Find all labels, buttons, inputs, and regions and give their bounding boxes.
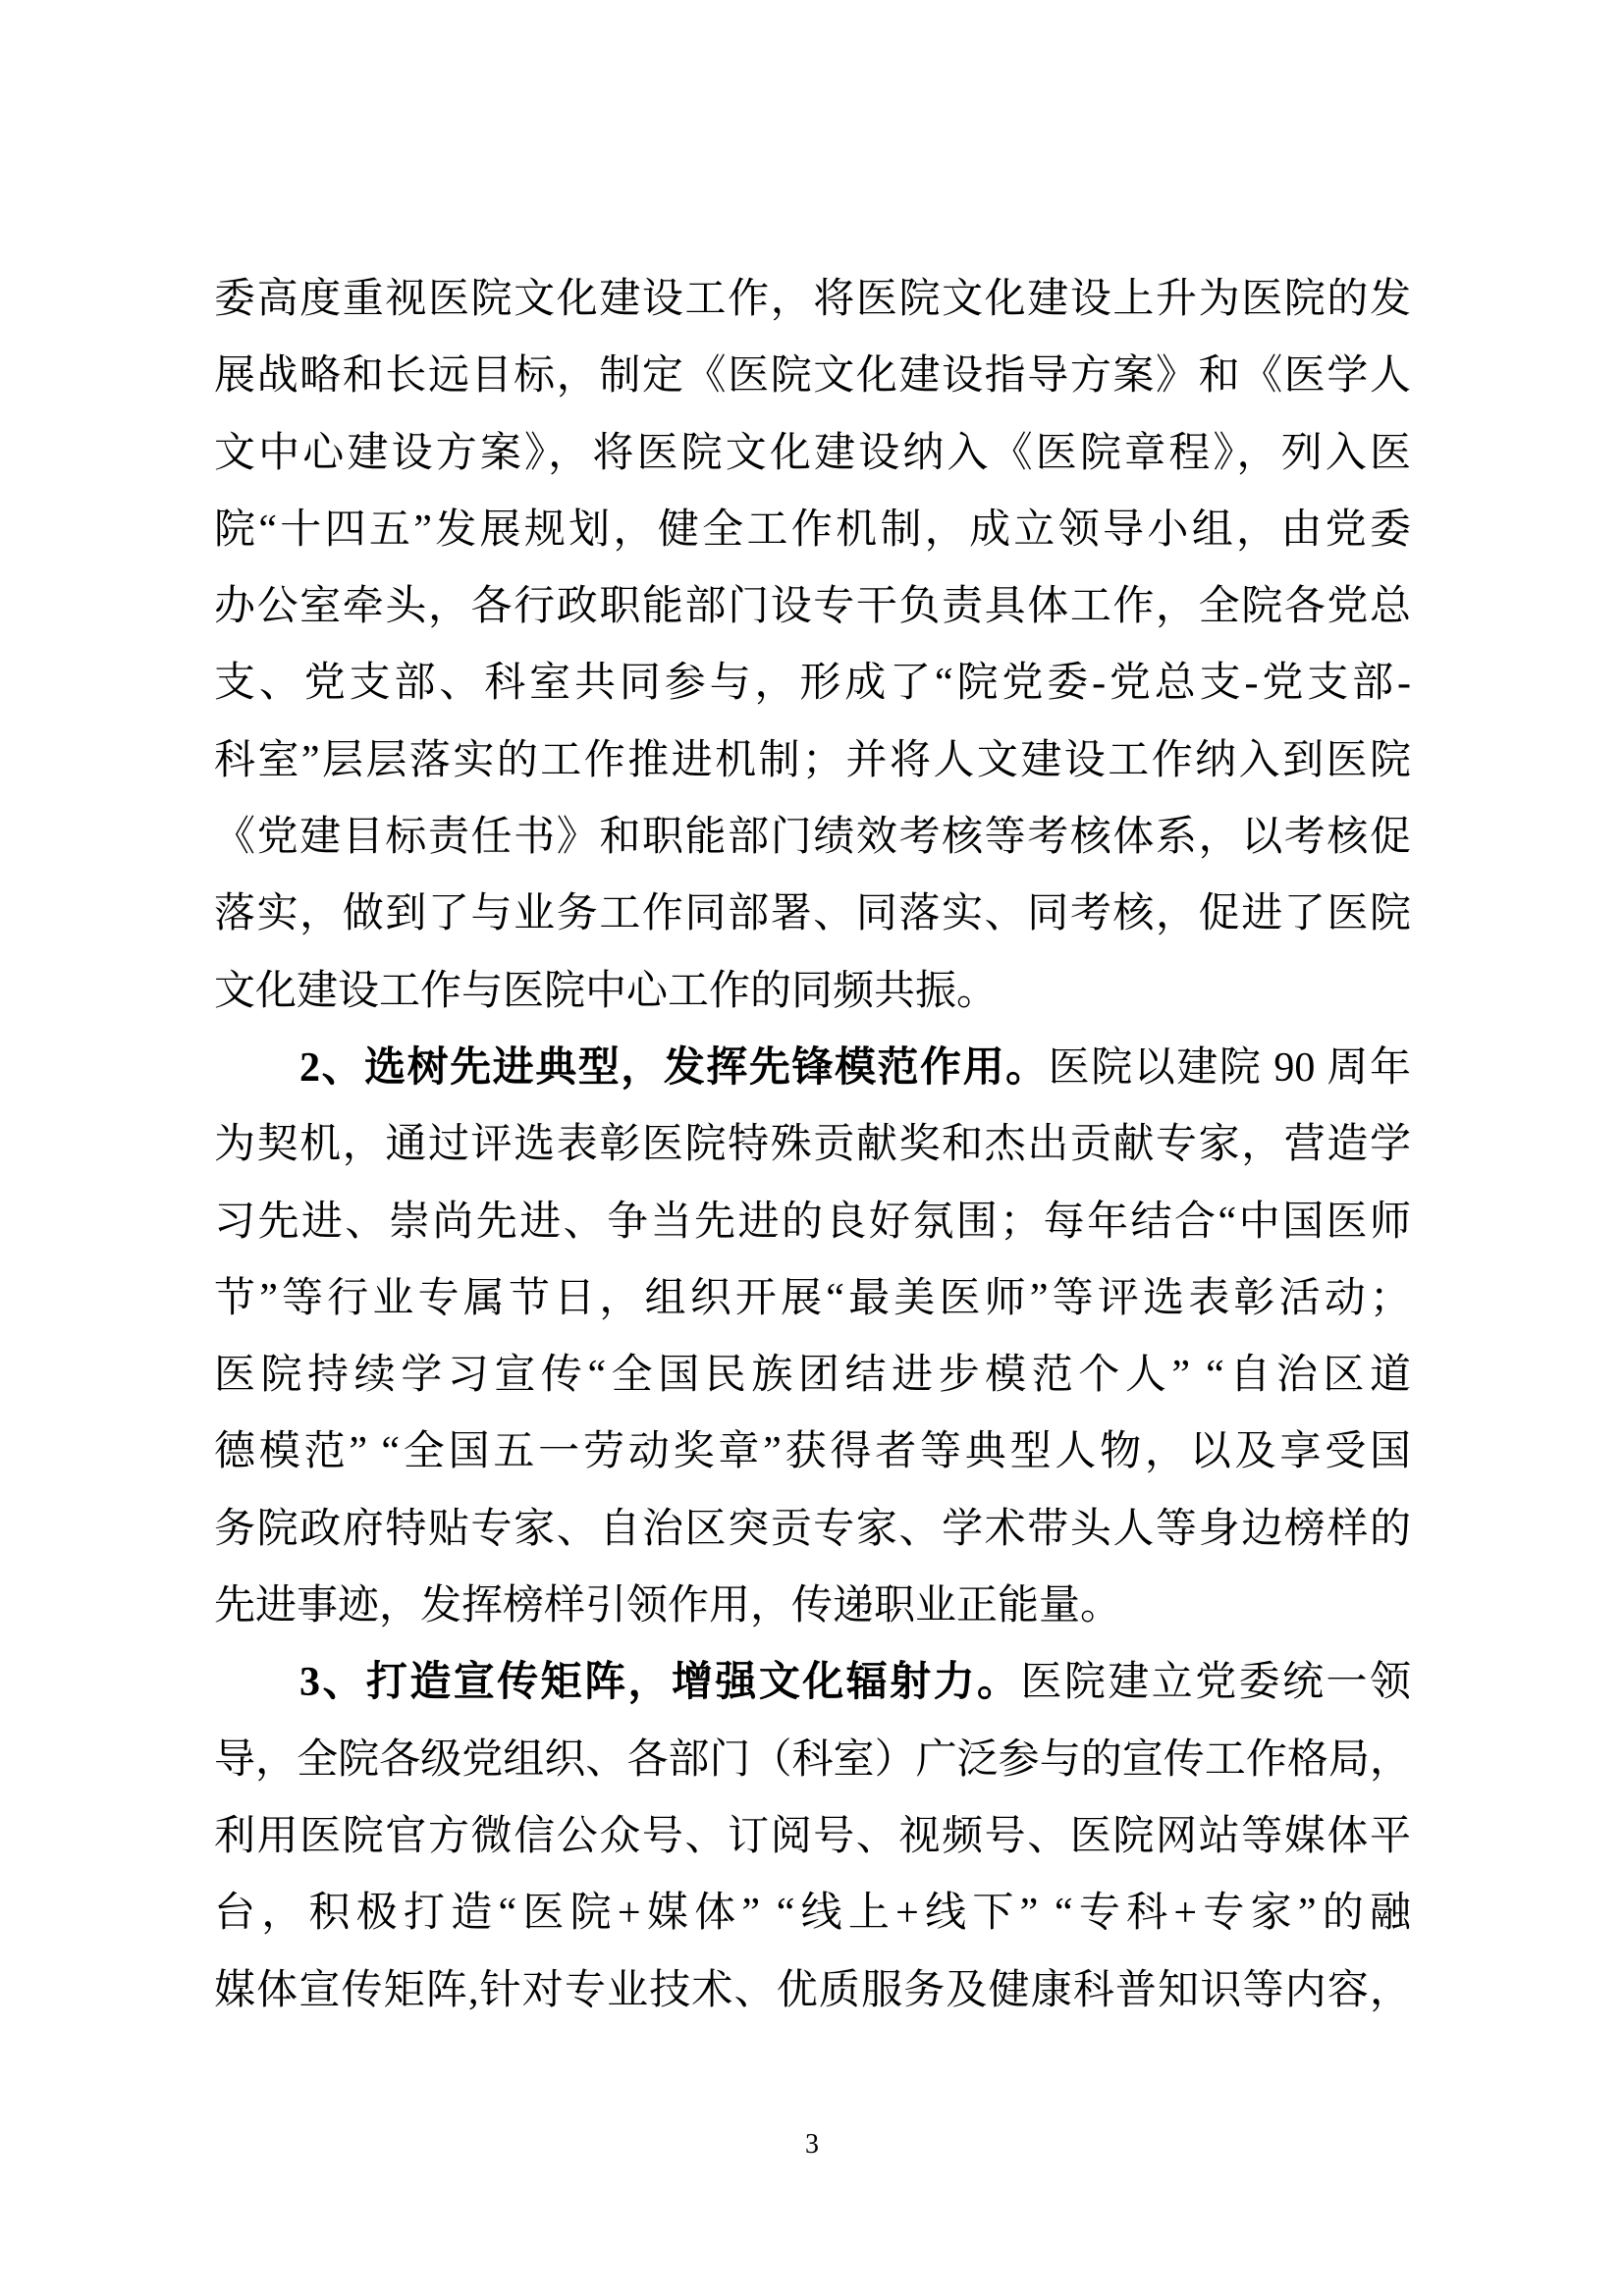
text-line: 落实，做到了与业务工作同部署、同落实、同考核，促进了医院 [214,876,1411,952]
text-line: 科室”层层落实的工作推进机制；并将人文建设工作纳入到医院 [214,722,1411,799]
text-line: 《党建目标责任书》和职能部门绩效考核等考核体系，以考核促 [214,799,1411,876]
text-line: 务院政府特贴专家、自治区突贡专家、学术带头人等身边榜样的 [214,1491,1411,1568]
text-line: 台，积极打造“医院+媒体” “线上+线下” “专科+专家”的融 [214,1875,1411,1951]
paragraph-lead-bold: 2、选树先进典型，发挥先锋模范作用。 [299,1045,1049,1091]
text-line: 利用医院官方微信公众号、订阅号、视频号、医院网站等媒体平 [214,1798,1411,1875]
text-line: 办公室牵头，各行政职能部门设专干负责具体工作，全院各党总 [214,568,1411,645]
document-page: 委高度重视医院文化建设工作，将医院文化建设上升为医院的发 展战略和长远目标，制定… [0,0,1624,2296]
document-body: 委高度重视医院文化建设工作，将医院文化建设上升为医院的发 展战略和长远目标，制定… [214,261,1411,2029]
line-text: 医院建立党委统一领 [1020,1660,1411,1705]
text-line: 先进事迹，发挥榜样引领作用，传递职业正能量。 [214,1568,1411,1644]
text-line: 2、选树先进典型，发挥先锋模范作用。医院以建院 90 周年 [214,1030,1411,1106]
text-line: 媒体宣传矩阵,针对专业技术、优质服务及健康科普知识等内容， [214,1952,1411,2029]
text-line: 医院持续学习宣传“全国民族团结进步模范个人” “自治区道 [214,1337,1411,1414]
text-line: 习先进、崇尚先进、争当先进的良好氛围；每年结合“中国医师 [214,1184,1411,1260]
text-line: 支、党支部、科室共同参与，形成了“院党委-党总支-党支部- [214,645,1411,721]
text-line: 德模范” “全国五一劳动奖章”获得者等典型人物，以及享受国 [214,1414,1411,1490]
text-line: 展战略和长远目标，制定《医院文化建设指导方案》和《医学人 [214,338,1411,414]
text-line: 导，全院各级党组织、各部门（科室）广泛参与的宣传工作格局， [214,1722,1411,1798]
line-text: 医院以建院 90 周年 [1049,1045,1411,1091]
text-line: 委高度重视医院文化建设工作，将医院文化建设上升为医院的发 [214,261,1411,338]
paragraph-lead-bold: 3、打造宣传矩阵，增强文化辐射力。 [299,1660,1020,1705]
text-line: 3、打造宣传矩阵，增强文化辐射力。医院建立党委统一领 [214,1644,1411,1721]
text-line: 文中心建设方案》，将医院文化建设纳入《医院章程》，列入医 [214,415,1411,492]
page-number: 3 [0,2123,1624,2166]
text-line: 节”等行业专属节日，组织开展“最美医师”等评选表彰活动； [214,1260,1411,1337]
text-line: 为契机，通过评选表彰医院特殊贡献奖和杰出贡献专家，营造学 [214,1106,1411,1183]
text-line: 文化建设工作与医院中心工作的同频共振。 [214,953,1411,1030]
text-line: 院“十四五”发展规划，健全工作机制，成立领导小组，由党委 [214,492,1411,568]
